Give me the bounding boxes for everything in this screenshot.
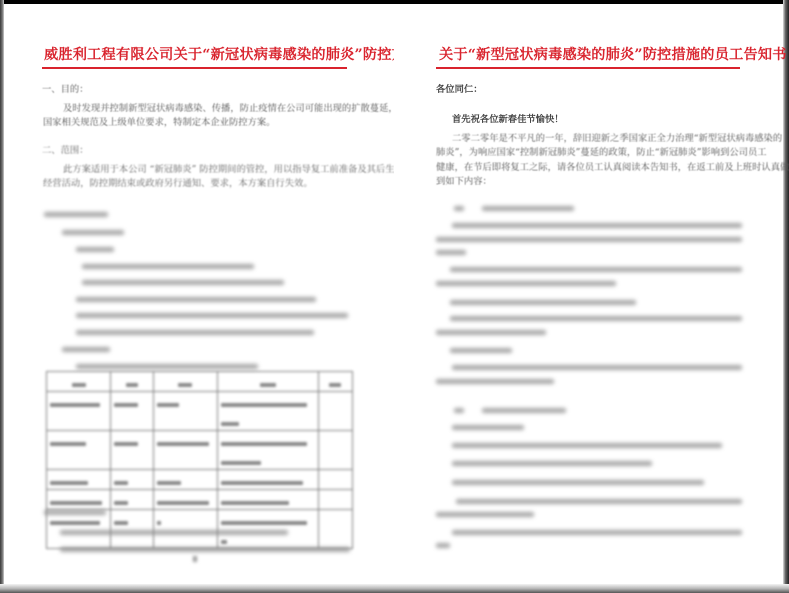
document-page-right: 关于“新型冠状病毒感染的肺炎”防控措施的员工告知书 各位同仁： 首先祝各位新春佳…	[394, 4, 783, 584]
blurred-text	[452, 365, 742, 370]
left-page-title: 威胜利工程有限公司关于“新冠状病毒感染的肺炎”防控方案	[44, 44, 420, 64]
window-right-border	[783, 0, 789, 593]
document-page-left: 威胜利工程有限公司关于“新冠状病毒感染的肺炎”防控方案 一、目的： 及时发现并控…	[4, 4, 394, 584]
blurred-heading	[44, 510, 106, 515]
blurred-text	[452, 443, 722, 448]
blurred-text	[450, 267, 742, 272]
scope-paragraph-line: 经营活动，防控期结束或政府另行通知、要求，本方案自行失效。	[43, 176, 313, 192]
blurred-text	[452, 425, 524, 430]
blurred-text	[436, 330, 546, 335]
salutation: 各位同仁：	[436, 82, 483, 98]
blurred-marker	[454, 408, 464, 413]
table-row	[47, 431, 353, 470]
blurred-heading	[482, 408, 566, 413]
blurred-text	[452, 480, 704, 485]
responsibility-table	[46, 371, 353, 549]
blurred-text	[60, 547, 350, 552]
table-row	[47, 392, 353, 431]
blurred-text	[456, 499, 742, 504]
greeting: 首先祝各位新春佳节愉快！	[452, 112, 564, 128]
window-bottom-border	[0, 584, 789, 593]
blurred-text	[436, 543, 450, 548]
blurred-text	[452, 461, 652, 466]
left-title-underline	[42, 67, 347, 69]
intro-paragraph-line: 肺炎”，为响应国家“控制新冠肺炎”蔓延的政策，防止“新冠肺炎”影响到公司员工	[436, 145, 767, 161]
blurred-heading	[482, 206, 574, 211]
blurred-text	[436, 281, 616, 286]
blurred-text	[450, 348, 512, 353]
section-heading-scope: 二、范围：	[42, 143, 89, 159]
blurred-text	[436, 512, 534, 517]
blurred-text	[76, 297, 316, 302]
blurred-text	[436, 379, 554, 384]
right-title-underline	[436, 67, 740, 69]
purpose-paragraph-line: 国家相关规范及上级单位要求，特制定本企业防控方案。	[43, 115, 275, 131]
blurred-text	[62, 347, 110, 352]
blurred-text	[76, 313, 348, 318]
blurred-heading	[44, 212, 108, 217]
table-header-row	[47, 372, 353, 392]
intro-paragraph-line: 到如下内容：	[436, 174, 492, 190]
blurred-text	[450, 300, 636, 305]
blurred-text	[436, 237, 742, 242]
blurred-text	[82, 264, 254, 269]
blurred-text	[76, 364, 258, 369]
table-row	[47, 510, 353, 549]
blurred-text	[436, 250, 466, 255]
section-heading-purpose: 一、目的：	[42, 82, 89, 98]
blurred-text	[76, 247, 114, 252]
right-page-title: 关于“新型冠状病毒感染的肺炎”防控措施的员工告知书	[439, 44, 787, 64]
blurred-text	[82, 280, 284, 285]
blurred-text	[76, 330, 314, 335]
table-row	[47, 470, 353, 490]
blurred-text	[60, 530, 288, 535]
blurred-text	[452, 223, 742, 228]
blurred-text	[62, 230, 124, 235]
blurred-text	[452, 530, 742, 535]
page-number	[193, 556, 197, 562]
blurred-text	[450, 316, 742, 321]
blurred-marker	[454, 206, 464, 211]
table-row	[47, 490, 353, 510]
